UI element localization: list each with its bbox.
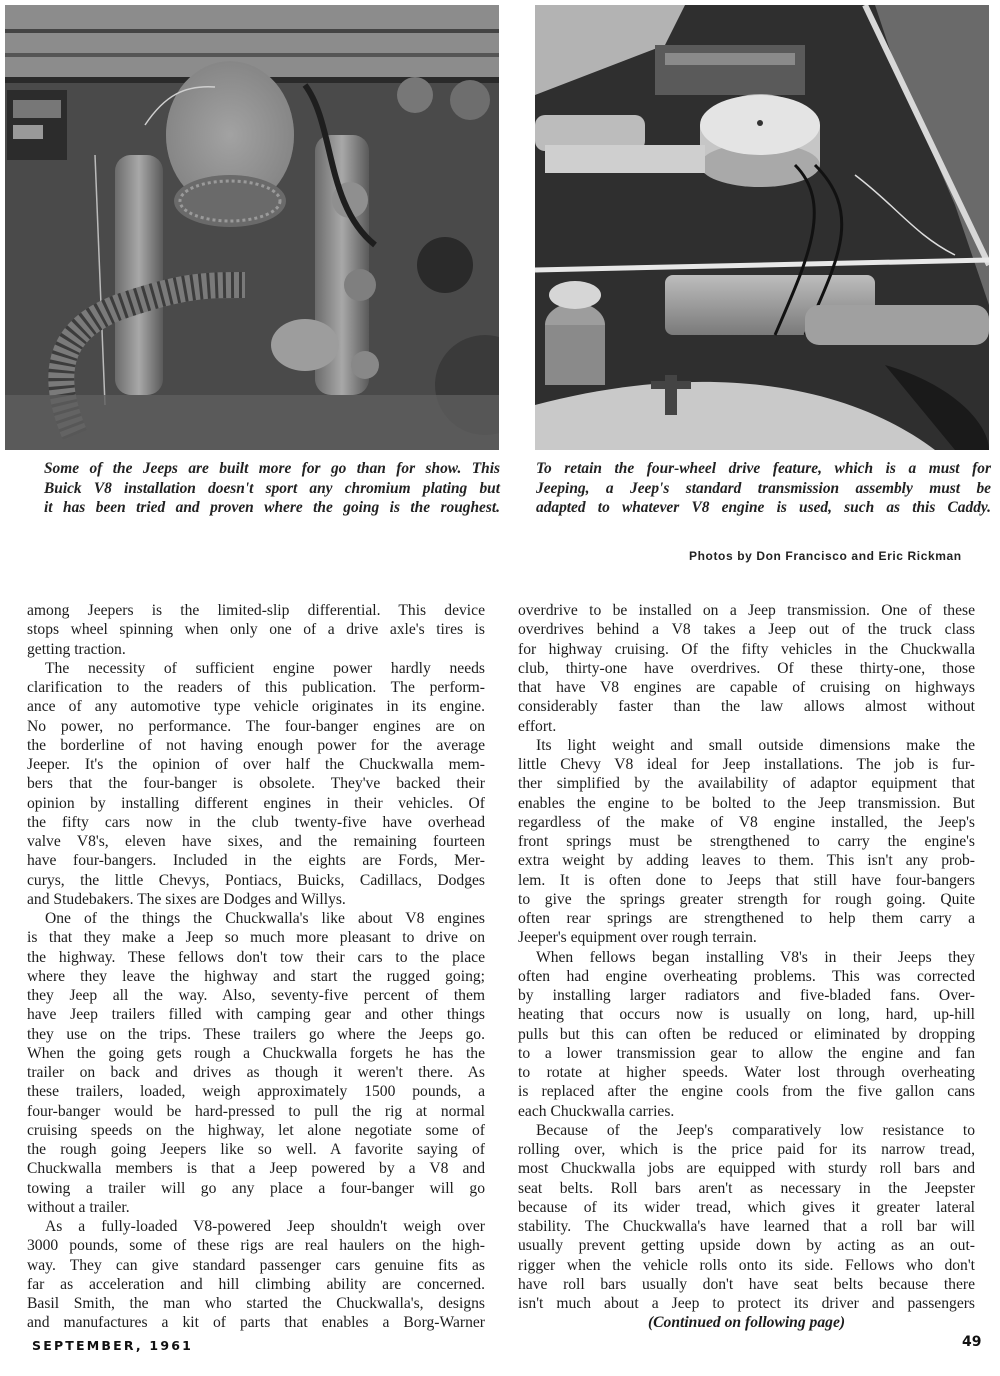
article-line: stability. The Chuckwalla's have learned… (518, 1217, 975, 1236)
article-line: the fifty cars now in the club twenty-fi… (27, 813, 485, 832)
photo-caption-left: Some of the Jeeps are built more for go … (44, 459, 500, 518)
article-line: little Chevy V8 ideal for Jeep installat… (518, 755, 975, 774)
article-line: enables the engine to be bolted to the J… (518, 794, 975, 813)
article-line: trailer on back and drives as though it … (27, 1063, 485, 1082)
article-line: without a trailer. (27, 1198, 485, 1217)
article-line: have Jeep trailers filled with camping g… (27, 1005, 485, 1024)
article-line: rigger when the vehicle rolls onto its s… (518, 1256, 975, 1275)
article-line: and Studebakers. The sixes are Dodges an… (27, 890, 485, 909)
continued-notice: (Continued on following page) (518, 1313, 975, 1332)
article-line: overdrives behind a V8 takes a Jeep out … (518, 620, 975, 639)
article-line: by installing larger radiators and five-… (518, 986, 975, 1005)
article-line: valve V8's, eleven have sixes, and the r… (27, 832, 485, 851)
article-line: considerably faster than the law allows … (518, 697, 975, 716)
article-line: have roll bars usually don't have seat b… (518, 1275, 975, 1294)
article-line: for highway cruising. Of the fifty vehic… (518, 640, 975, 659)
article-line: the borderline of not having enough powe… (27, 736, 485, 755)
article-line: When the going gets rough a Chuckwalla f… (27, 1044, 485, 1063)
article-line: curys, the little Chevys, Pontiacs, Buic… (27, 871, 485, 890)
article-line: usually prevent getting upside down by a… (518, 1236, 975, 1255)
article-line: extra weight by adding leaves to them. T… (518, 851, 975, 870)
article-line: to rotate at higher speeds. Water lost t… (518, 1063, 975, 1082)
caption-line: Jeeping, a Jeep's standard transmission … (536, 479, 991, 499)
engine-photo-illustration (535, 5, 989, 450)
article-line: is that they make a Jeep so much more pl… (27, 928, 485, 947)
article-line: As a fully-loaded V8-powered Jeep should… (27, 1217, 485, 1236)
article-line: club, thirty-one have overdrives. Of the… (518, 659, 975, 678)
article-line: ance of any automotive type vehicle orig… (27, 697, 485, 716)
article-line: rolling over, which is the price paid fo… (518, 1140, 975, 1159)
article-line: getting traction. (27, 640, 485, 659)
article-line: seat belts. Roll bars aren't as necessar… (518, 1179, 975, 1198)
caption-line: Buick V8 installation doesn't sport any … (44, 479, 500, 499)
article-line: they use on the trips. These trailers go… (27, 1025, 485, 1044)
article-line: front springs must be strengthened to ca… (518, 832, 975, 851)
article-line: regardless of the make of V8 engine inst… (518, 813, 975, 832)
article-line: each Chuckwalla carries. (518, 1102, 975, 1121)
article-line: The necessity of sufficient engine power… (27, 659, 485, 678)
article-line: because of its wider tread, which gives … (518, 1198, 975, 1217)
article-line: isn't much about a Jeep to protect its d… (518, 1294, 975, 1313)
article-line: and manufactures a kit of parts that ena… (27, 1313, 485, 1332)
article-line: far as acceleration and hill climbing ab… (27, 1275, 485, 1294)
article-line: lem. It is often done to Jeeps that stil… (518, 871, 975, 890)
article-line: effort. (518, 717, 975, 736)
article-line: Chuckwalla members is that a Jeep powere… (27, 1159, 485, 1178)
article-line: clarification to the readers of this pub… (27, 678, 485, 697)
article-line: pulls but this can often be reduced or e… (518, 1025, 975, 1044)
article-line: is replaced after the engine cools from … (518, 1082, 975, 1101)
article-line: cruising speeds on the highway, let alon… (27, 1121, 485, 1140)
article-line: most Chuckwalla jobs are equipped with s… (518, 1159, 975, 1178)
article-line: to give the springs greater strength for… (518, 890, 975, 909)
article-line: often had engine overheating problems. T… (518, 967, 975, 986)
article-line: four-banger would be hard-pressed to pul… (27, 1102, 485, 1121)
page-number: 49 (962, 1334, 981, 1350)
article-line: 3000 pounds, some of these rigs are real… (27, 1236, 485, 1255)
article-line: have four-bangers. Included in the eight… (27, 851, 485, 870)
article-line: bers that the four-banger is obsolete. T… (27, 774, 485, 793)
article-line: among Jeepers is the limited-slip differ… (27, 601, 485, 620)
photo-cadillac-v8-engine (535, 5, 989, 450)
article-line: where they leave the highway and start t… (27, 967, 485, 986)
article-line: to a lower transmission gear to allow th… (518, 1044, 975, 1063)
article-line: the highway. These fellows don't tow the… (27, 948, 485, 967)
article-line: Its light weight and small outside dimen… (518, 736, 975, 755)
article-line: often rear springs are strengthened to h… (518, 909, 975, 928)
photo-caption-right: To retain the four-wheel drive feature, … (536, 459, 991, 518)
article-line: these trailers, loaded, weigh approximat… (27, 1082, 485, 1101)
article-column-right: overdrive to be installed on a Jeep tran… (518, 601, 975, 1333)
article-line: ther simplified by the availability of a… (518, 774, 975, 793)
article-line: No power, no performance. The four-bange… (27, 717, 485, 736)
caption-line: To retain the four-wheel drive feature, … (536, 459, 991, 479)
issue-date: SEPTEMBER, 1961 (32, 1338, 193, 1353)
article-line: Jeeper's equipment over rough terrain. (518, 928, 975, 947)
caption-line: it has been tried and proven where the g… (44, 498, 500, 518)
article-line: Because of the Jeep's comparatively low … (518, 1121, 975, 1140)
article-line: Basil Smith, the man who started the Chu… (27, 1294, 485, 1313)
article-line: When fellows began installing V8's in th… (518, 948, 975, 967)
caption-line: Some of the Jeeps are built more for go … (44, 459, 500, 479)
article-line: One of the things the Chuckwalla's like … (27, 909, 485, 928)
article-line: opinion by installing different engines … (27, 794, 485, 813)
article-line: heating that occurs now is usually on lo… (518, 1005, 975, 1024)
article-line: towing a trailer will go any place a fou… (27, 1179, 485, 1198)
article-line: they Jeep all the way. Also, seventy-fiv… (27, 986, 485, 1005)
article-line: Jeeper. It's the opinion of over half th… (27, 755, 485, 774)
article-line: the rough going Jeepers like so well. A … (27, 1140, 485, 1159)
article-column-left: among Jeepers is the limited-slip differ… (27, 601, 485, 1333)
photo-credit: Photos by Don Francisco and Eric Rickman (689, 549, 962, 563)
engine-photo-illustration (5, 5, 499, 450)
photo-buick-v8-engine (5, 5, 499, 450)
article-line: way. They can give standard passenger ca… (27, 1256, 485, 1275)
caption-line: adapted to whatever V8 engine is used, s… (536, 498, 991, 518)
article-line: overdrive to be installed on a Jeep tran… (518, 601, 975, 620)
article-line: stops wheel spinning when only one of a … (27, 620, 485, 639)
article-line: that have V8 engines are capable of crui… (518, 678, 975, 697)
